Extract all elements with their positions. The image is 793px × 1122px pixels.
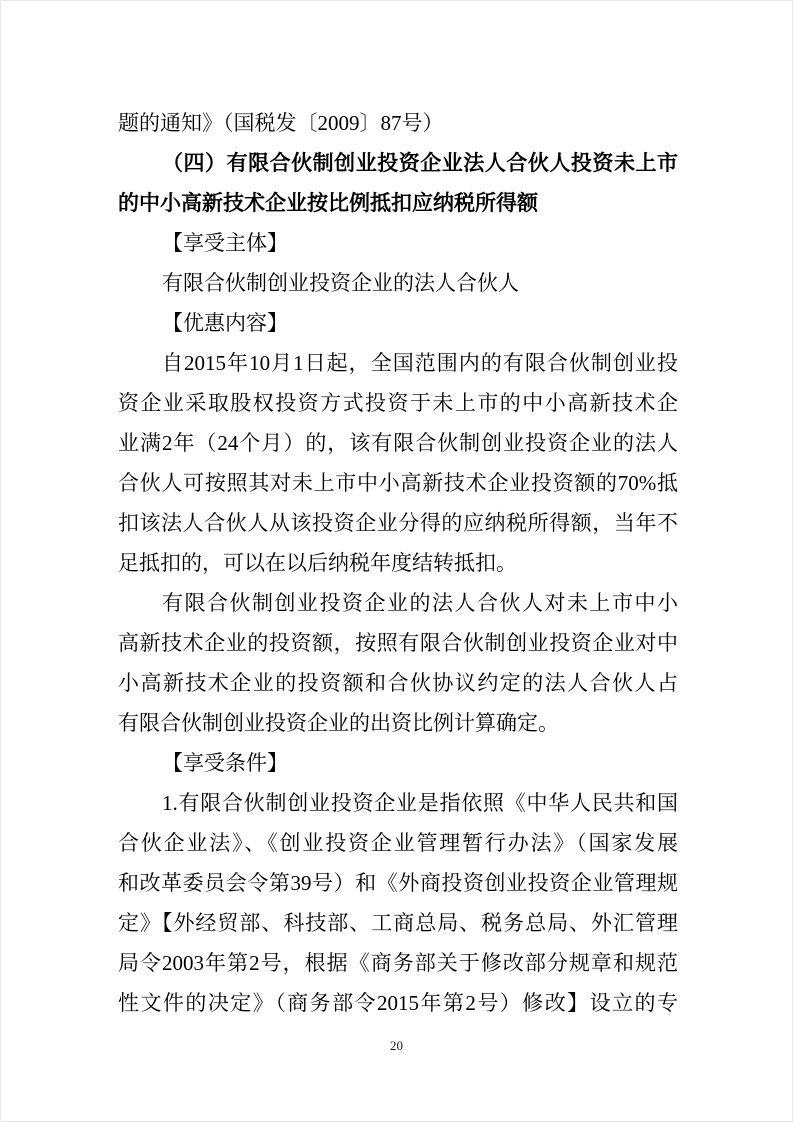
- text-line: 合伙企业法》、《创业投资企业管理暂行办法》（国家发展: [118, 823, 678, 863]
- text-line: 足抵扣的，可以在以后纳税年度结转抵扣。: [118, 543, 678, 583]
- text-line: 有限合伙制创业投资企业的法人合伙人对未上市中小: [118, 583, 678, 623]
- text-line: 有限合伙制创业投资企业的法人合伙人: [118, 263, 678, 303]
- section-label: 【优惠内容】: [118, 303, 678, 343]
- heading-line: （四）有限合伙制创业投资企业法人合伙人投资未上市: [118, 143, 678, 183]
- text-line: 有限合伙制创业投资企业的出资比例计算确定。: [118, 703, 678, 743]
- text-line: 资企业采取股权投资方式投资于未上市的中小高新技术企: [118, 383, 678, 423]
- text-line: 合伙人可按照其对未上市中小高新技术企业投资额的70%抵: [118, 463, 678, 503]
- text-line: 自2015年10月1日起，全国范围内的有限合伙制创业投: [118, 343, 678, 383]
- text-line: 高新技术企业的投资额，按照有限合伙制创业投资企业对中: [118, 623, 678, 663]
- page-number: 20: [1, 1037, 792, 1055]
- text-line: 性文件的决定》（商务部令2015年第2号）修改】设立的专: [118, 983, 678, 1023]
- text-line: 1.有限合伙制创业投资企业是指依照《中华人民共和国: [118, 783, 678, 823]
- text-line: 扣该法人合伙人从该投资企业分得的应纳税所得额，当年不: [118, 503, 678, 543]
- text-line: 定》【外经贸部、科技部、工商总局、税务总局、外汇管理: [118, 903, 678, 943]
- section-label: 【享受条件】: [118, 743, 678, 783]
- text-line: 题的通知》（国税发〔2009〕87号）: [118, 103, 678, 143]
- document-page: 题的通知》（国税发〔2009〕87号）（四）有限合伙制创业投资企业法人合伙人投资…: [0, 0, 793, 1122]
- document-content: 题的通知》（国税发〔2009〕87号）（四）有限合伙制创业投资企业法人合伙人投资…: [118, 103, 678, 1023]
- text-line: 和改革委员会令第39号）和《外商投资创业投资企业管理规: [118, 863, 678, 903]
- heading-line: 的中小高新技术企业按比例抵扣应纳税所得额: [118, 183, 678, 223]
- section-label: 【享受主体】: [118, 223, 678, 263]
- text-line: 小高新技术企业的投资额和合伙协议约定的法人合伙人占: [118, 663, 678, 703]
- text-line: 业满2年（24个月）的，该有限合伙制创业投资企业的法人: [118, 423, 678, 463]
- text-line: 局令2003年第2号，根据《商务部关于修改部分规章和规范: [118, 943, 678, 983]
